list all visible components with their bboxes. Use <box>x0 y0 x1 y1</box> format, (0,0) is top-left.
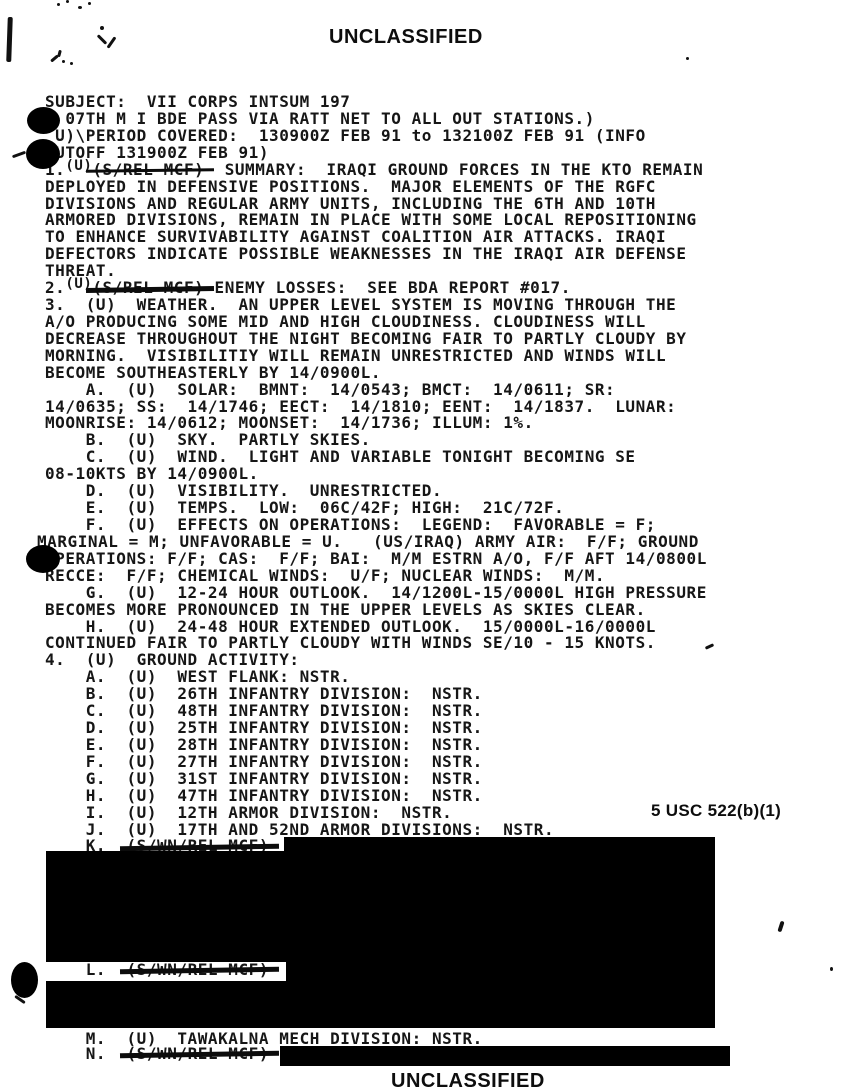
handwritten-mark <box>830 967 833 971</box>
handwritten-mark <box>107 36 117 48</box>
handwritten-mark <box>78 6 82 9</box>
handwritten-mark <box>66 0 69 3</box>
handwritten-mark <box>705 643 714 650</box>
document-line: L. (S/WN/REL MCF) <box>45 962 269 979</box>
handwritten-mark <box>88 2 91 5</box>
handwritten-mark <box>100 26 104 30</box>
redaction-dot <box>11 962 38 998</box>
redaction-dot <box>27 107 60 134</box>
document-line: N. (S/WN/REL MCF) <box>45 1046 269 1063</box>
handwritten-mark <box>12 151 26 159</box>
redaction-block <box>46 851 715 962</box>
redaction-dot <box>26 139 60 169</box>
redaction-block <box>286 962 715 981</box>
footer-classification-banner: UNCLASSIFIED <box>391 1070 545 1091</box>
struck-classification-marking: (S/WN/REL MCF) <box>126 1046 269 1063</box>
handwritten-mark <box>6 17 13 62</box>
line-text: DEFECTORS INDICATE POSSIBLE WEAKNESSES I… <box>45 244 687 263</box>
handwritten-mark <box>97 34 108 45</box>
handwritten-mark <box>777 921 784 933</box>
foia-exemption-stamp: 5 USC 522(b)(1) <box>651 801 781 821</box>
struck-classification-marking: (S/WN/REL MCF) <box>126 962 269 979</box>
handwritten-mark <box>70 62 73 65</box>
handwritten-mark <box>57 50 62 58</box>
line-text: L. <box>45 960 126 979</box>
document-line: DEFECTORS INDICATE POSSIBLE WEAKNESSES I… <box>45 246 687 263</box>
line-text: N. <box>45 1044 126 1063</box>
redaction-dot <box>26 545 60 573</box>
redaction-block <box>280 1046 730 1066</box>
handwritten-mark <box>62 60 65 63</box>
redaction-block <box>46 981 715 1028</box>
scanned-document-page: UNCLASSIFIED SUBJECT: VII CORPS INTSUM 1… <box>0 0 850 1091</box>
redaction-block <box>284 837 715 852</box>
handwritten-mark <box>686 57 689 60</box>
handwritten-mark <box>57 3 60 6</box>
header-classification-banner: UNCLASSIFIED <box>329 26 483 49</box>
